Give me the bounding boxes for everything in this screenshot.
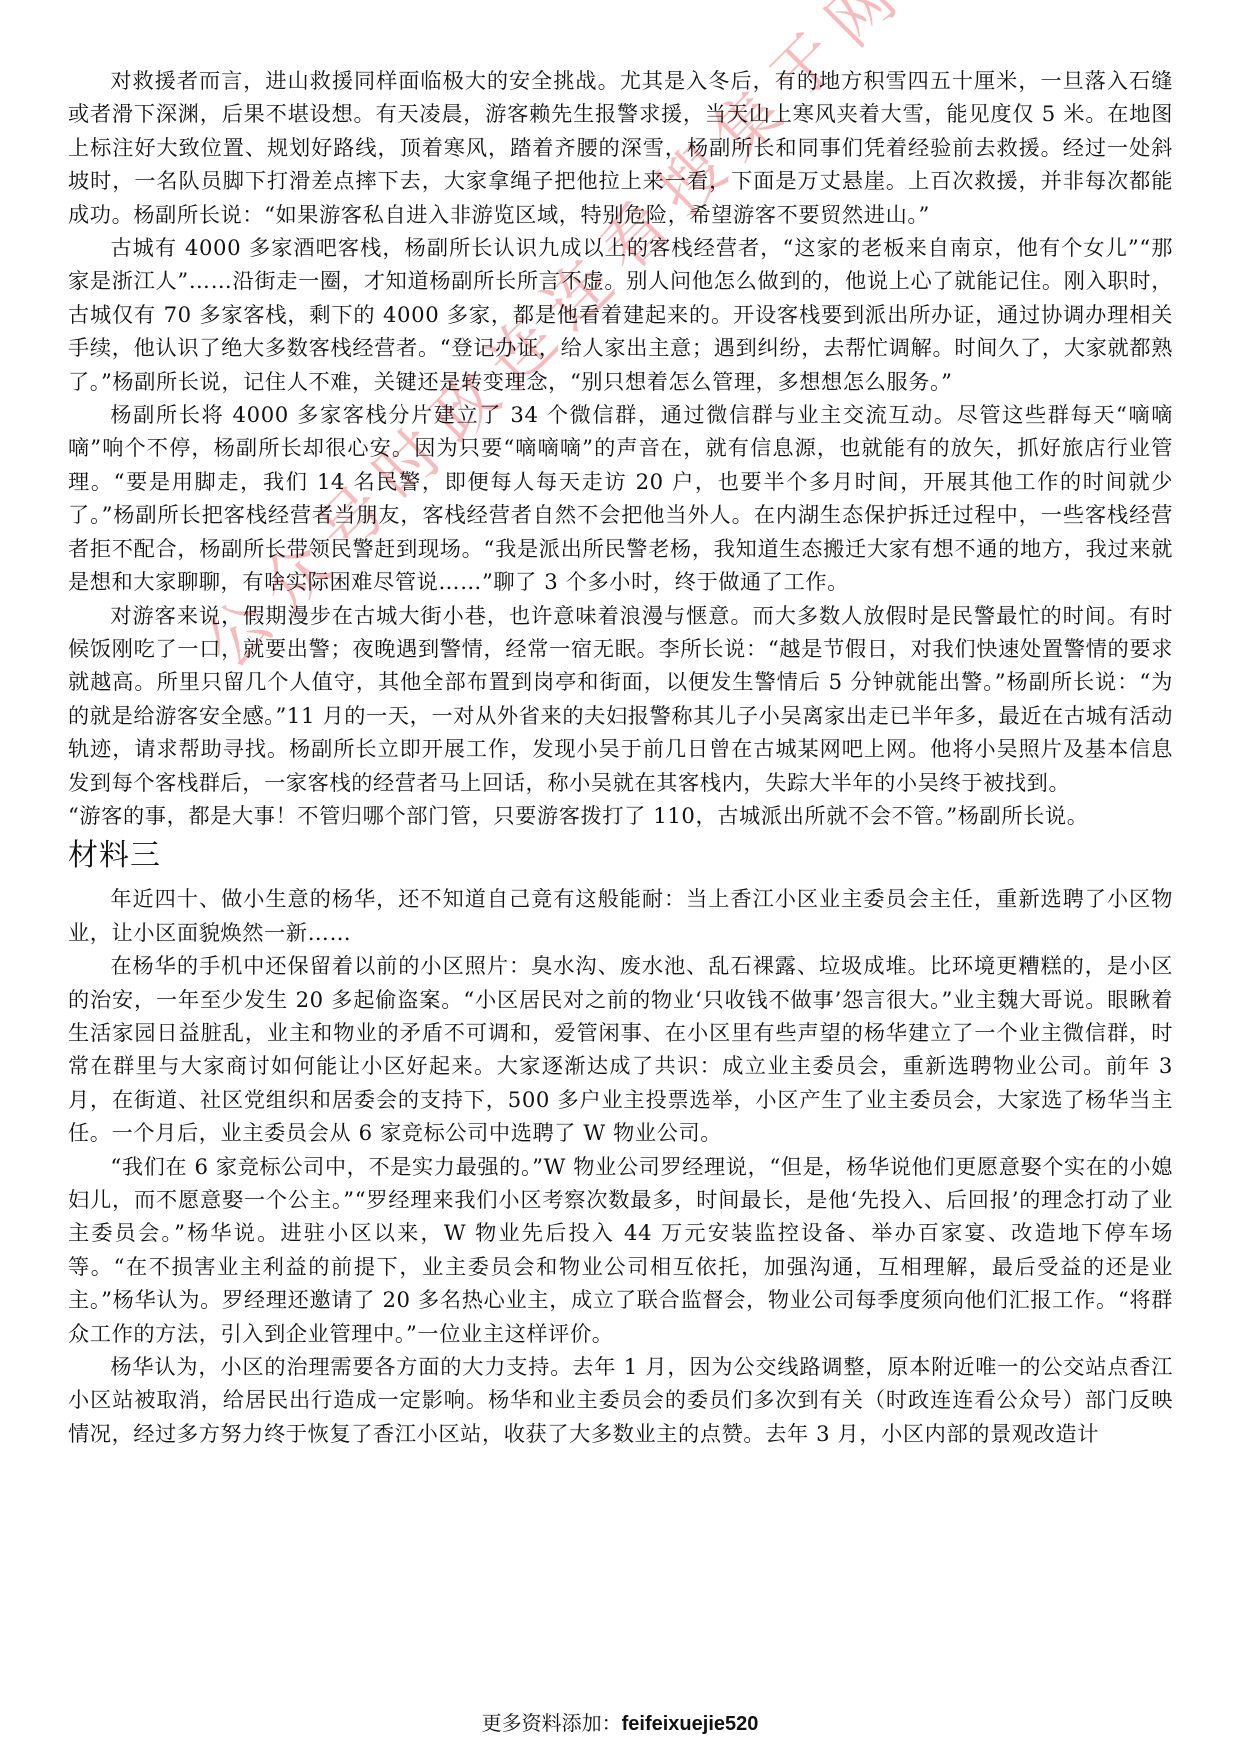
paragraph-wechat-groups: 杨副所长将 4000 多家客栈分片建立了 34 个微信群，通过微信群与业主交流互… (68, 398, 1173, 598)
paragraph-quote: “游客的事，都是大事！不管归哪个部门管，只要游客拨打了 110，古城派出所就不会… (68, 799, 1173, 832)
footer: 更多资料添加：feifeixuejie520 (0, 1710, 1240, 1737)
section-heading: 材料三 (68, 836, 1173, 876)
paragraph-yanghua-intro: 年近四十、做小生意的杨华，还不知道自己竟有这般能耐：当上香江小区业主委员会主任，… (68, 882, 1173, 949)
footer-label: 更多资料添加： (482, 1711, 622, 1735)
paragraph-holiday-police: 对游客来说，假期漫步在古城大街小巷，也许意味着浪漫与惬意。而大多数人放假时是民警… (68, 599, 1173, 799)
paragraph-rescue-challenge: 对救援者而言，进山救援同样面临极大的安全挑战。尤其是入冬后，有的地方积雪四五十厘… (68, 64, 1173, 231)
document-page: 对救援者而言，进山救援同样面临极大的安全挑战。尤其是入冬后，有的地方积雪四五十厘… (68, 64, 1173, 1450)
paragraph-old-photos: 在杨华的手机中还保留着以前的小区照片：臭水沟、废水池、乱石裸露、垃圾成堆。比环境… (68, 949, 1173, 1149)
footer-contact-id: feifeixuejie520 (622, 1713, 759, 1735)
paragraph-bus-station: 杨华认为，小区的治理需要各方面的大力支持。去年 1 月，因为公交线路调整，原本附… (68, 1350, 1173, 1450)
paragraph-inn-owners: 古城有 4000 多家酒吧客栈，杨副所长认识九成以上的客栈经营者，“这家的老板来… (68, 231, 1173, 398)
paragraph-w-property: “我们在 6 家竞标公司中，不是实力最强的。”W 物业公司罗经理说，“但是，杨华… (68, 1150, 1173, 1350)
